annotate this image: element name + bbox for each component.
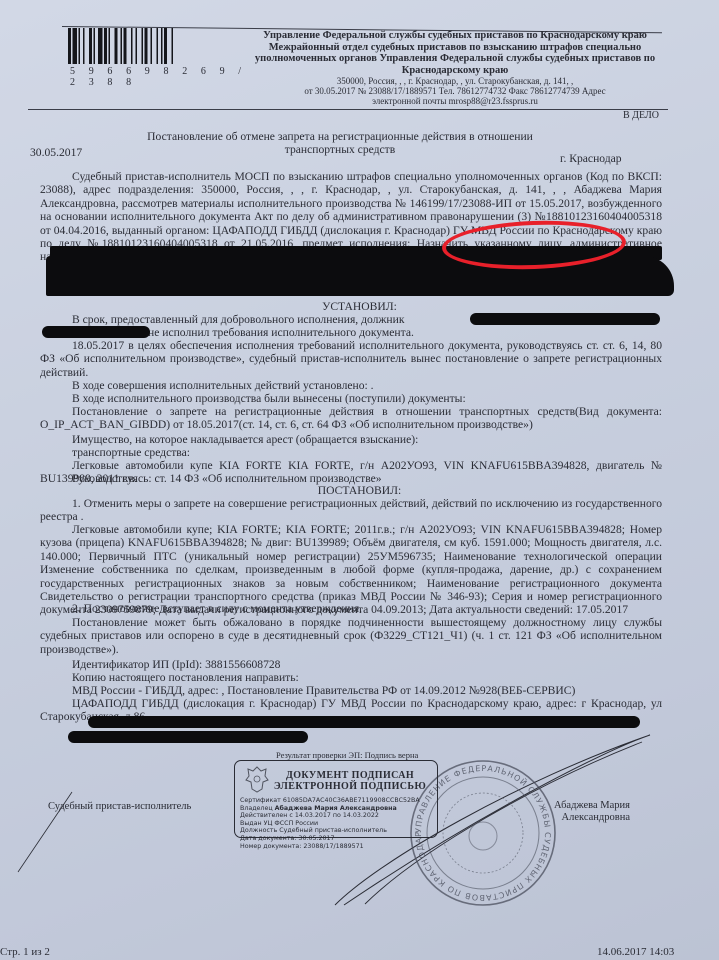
signature-position: Должность Судебный пристав-исполнитель (240, 827, 420, 835)
v-delo-mark: В ДЕЛО (623, 110, 659, 121)
signature-certificate: Сертификат 61085DA7AC40C36ABE7119908CCBC… (240, 797, 420, 805)
signature-owner: Абаджева Мария Александровна (275, 805, 397, 812)
signature-title-line-2: ЭЛЕКТРОННОЙ ПОДПИСЬЮ (270, 781, 430, 792)
signature-doc-number: Номер документа: 23088/17/1889571 (240, 843, 420, 851)
document-title: Постановление об отмене запрета на регис… (130, 130, 550, 156)
ustanovil-p8: транспортные средства: (40, 446, 662, 459)
ustanovil-p5: В ходе исполнительного производства были… (40, 392, 662, 405)
heading-postanovil: ПОСТАНОВИЛ: (0, 484, 719, 497)
coat-of-arms-icon (244, 764, 270, 794)
org-address: 350000, Россия, , , г. Краснодар, , ул. … (250, 76, 660, 86)
ustanovil-p2: не исполнил требования исполнительного д… (148, 326, 648, 339)
header-bottom-rule (28, 109, 668, 110)
heading-ustanovil: УСТАНОВИЛ: (0, 300, 719, 313)
document-city: г. Краснодар (560, 152, 622, 165)
signature-valid: Действителен с 14.03.2017 по 14.03.2022 (240, 812, 420, 820)
signature-box-title: ДОКУМЕНТ ПОДПИСАН ЭЛЕКТРОННОЙ ПОДПИСЬЮ (270, 770, 430, 792)
redaction-debtor-name-2 (42, 326, 150, 338)
postanovil-recipient-1: МВД России - ГИБДД, адрес: , Постановлен… (40, 684, 662, 697)
postanovil-appeal: Постановление может быть обжаловано в по… (40, 616, 662, 656)
postanovil-p1: 1. Отменить меры о запрете на совершение… (40, 497, 662, 524)
postanovil-p2: 2. Постановление вступает в силу с момен… (40, 602, 662, 615)
barcode-icon (68, 28, 248, 64)
signature-doc-date: Дата документа: 30.05.2017 (240, 835, 420, 843)
page-indicator: Стр. 1 из 2 (0, 946, 50, 958)
ustanovil-p7: Имущество, на которое накладывается арес… (40, 433, 662, 446)
org-line-1: Управление Федеральной службы судебных п… (250, 30, 660, 42)
postanovil-ip-id: Идентификатор ИП (IpId): 3881556608728 (40, 658, 662, 671)
signer-name: Абаджева Мария Александровна (540, 800, 630, 824)
barcode-number: 5 9 6 6 9 8 2 6 9 / 2 3 8 8 (70, 66, 250, 88)
org-email: электронной почты mrosp88@r23.fssprus.ru (250, 96, 660, 106)
print-timestamp: 14.06.2017 14:03 (597, 946, 674, 958)
signer-name-line-1: Абаджева Мария (540, 800, 630, 812)
ustanovil-p6: Постановление о запрете на регистрационн… (40, 405, 662, 432)
signature-check-result: Результат проверки ЭП: Подпись верна (276, 750, 418, 760)
postanovil-copy: Копию настоящего постановления направить… (40, 671, 662, 684)
signature-owner-label: Владелец (240, 805, 273, 812)
document-date: 30.05.2017 (30, 146, 82, 159)
signature-details: Сертификат 61085DA7AC40C36ABE7119908CCBC… (240, 797, 420, 850)
signature-title-line-1: ДОКУМЕНТ ПОДПИСАН (270, 770, 430, 781)
org-ref-line: от 30.05.2017 № 23088/17/1889571 Тел. 78… (250, 86, 660, 96)
ustanovil-p3: 18.05.2017 в целях обеспечения исполнени… (40, 339, 662, 379)
signer-role: Судебный пристав-исполнитель (48, 801, 191, 812)
org-line-2: Межрайонный отдел судебных приставов по … (250, 42, 660, 77)
signer-name-line-2: Александровна (540, 812, 630, 824)
redaction-debtor-name (470, 313, 660, 325)
ustanovil-p4: В ходе совершения исполнительных действи… (40, 379, 662, 392)
header-organization: Управление Федеральной службы судебных п… (250, 30, 660, 106)
